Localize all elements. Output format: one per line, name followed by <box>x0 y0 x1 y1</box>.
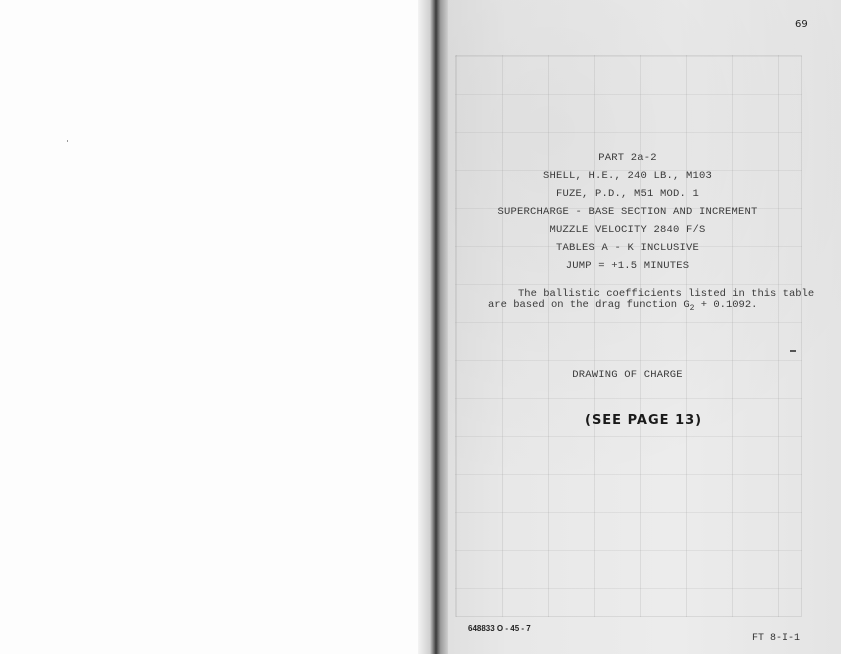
paragraph-text: are based on the drag function G <box>488 299 690 311</box>
paragraph-line-2: are based on the drag function G2 + 0.10… <box>488 299 788 315</box>
heading-shell: SHELL, H.E., 240 LB., M103 <box>455 170 800 182</box>
book-gutter <box>418 0 448 654</box>
heading-tables: TABLES A - K INCLUSIVE <box>455 242 800 254</box>
left-blank-page <box>0 0 420 654</box>
heading-supercharge: SUPERCHARGE - BASE SECTION AND INCREMENT <box>455 206 800 218</box>
footer-reference: FT 8-I-1 <box>752 633 800 644</box>
drawing-of-charge-label: DRAWING OF CHARGE <box>455 369 800 381</box>
show-through-table-grid <box>455 55 802 617</box>
heading-jump: JUMP = +1.5 MINUTES <box>455 260 800 272</box>
heading-fuze: FUZE, P.D., M51 MOD. 1 <box>455 188 800 200</box>
heading-muzzle-velocity: MUZZLE VELOCITY 2840 F/S <box>455 224 800 236</box>
heading-part: PART 2a-2 <box>455 152 800 164</box>
print-code: 648833 O - 45 - 7 <box>468 624 531 633</box>
scan-speck <box>790 350 796 352</box>
handwritten-note: (SEE PAGE 13) <box>585 413 702 428</box>
paragraph-text-end: + 0.1092. <box>694 299 757 311</box>
page-number: 69 <box>795 19 808 30</box>
scan-speck <box>67 140 68 142</box>
